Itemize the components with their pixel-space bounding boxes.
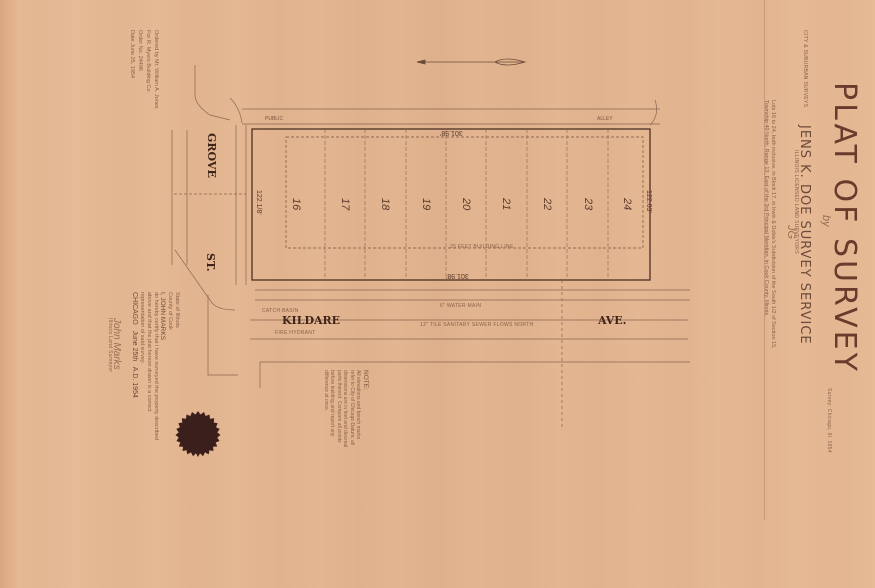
order-info: Ordered by Mr. William A. Jones For R. M… (128, 30, 160, 109)
cert-city: CHICAGO (131, 292, 138, 325)
building-line (286, 137, 643, 248)
alley-lines (230, 98, 660, 125)
cert-surveyor: I, JOHN MARKS (159, 292, 166, 442)
note-text: All elevations and bench marks refer to … (323, 370, 362, 450)
order-no-value: 24496 (137, 56, 143, 71)
alley-label-public: PUBLIC (265, 116, 283, 122)
lot-17: 17 (339, 198, 351, 210)
surveyor-certificate: State of Illinois County of Cook I, JOHN… (131, 292, 180, 442)
lot-19: 19 (420, 198, 432, 210)
for-value: R. Myers Building Co. (145, 40, 151, 93)
lot-20: 20 (460, 198, 472, 210)
top-right-note: CITY & SUBURBAN SURVEYS (802, 30, 808, 107)
lot-18: 18 (379, 198, 391, 210)
ordered-by-value: Mr. William A. Jones (153, 59, 159, 109)
note-heading: NOTE: (362, 370, 369, 450)
lot-21: 21 (500, 198, 512, 210)
company-name: JENS K. DOE SURVEY SERVICE (797, 125, 812, 345)
catch-basin-label: CATCH BASIN (262, 308, 299, 314)
date-label: Date (129, 30, 135, 42)
water-main-label: 6" WATER MAIN (440, 303, 481, 309)
by-label: by (820, 215, 832, 227)
border-line (764, 0, 765, 520)
lot-16: 16 (290, 198, 302, 210)
street-grove: GROVE (205, 133, 218, 178)
note-block: NOTE: All elevations and bench marks ref… (323, 370, 369, 450)
north-arrow-icon (417, 59, 525, 65)
bottom-right-note: Survey: Chicago, Ill. 1954 (826, 388, 832, 453)
cert-year: A.D. 1954 (131, 367, 138, 398)
ordered-by-label: Ordered by (153, 30, 159, 58)
grove-st-lines (172, 65, 246, 375)
order-no-label: Order No. (137, 30, 143, 54)
lot-23: 23 (582, 198, 594, 210)
cert-county: County of Cook (166, 292, 173, 442)
street-kildare: KILDARE (282, 314, 340, 327)
cert-text: do hereby certify that I have surveyed t… (138, 292, 159, 442)
building-line-label: 25 FEET BUILDING LINE (450, 244, 513, 250)
initials: JG (785, 225, 797, 239)
for-label: For (145, 30, 151, 38)
bottom-dimension: 301.98' (446, 272, 469, 279)
document-title: PLAT OF SURVEY (827, 82, 862, 374)
survey-plat-sheet: 16 17 18 19 20 21 22 23 24 301.98' 301.9… (0, 0, 875, 588)
sewer-label: 12" TILE SANITARY SEWER FLOWS NORTH (420, 322, 534, 328)
notary-seal-icon (174, 410, 222, 458)
lot-24: 24 (621, 198, 633, 210)
alley-label-alley: ALLEY (597, 116, 613, 122)
street-ave: AVE. (598, 314, 626, 327)
date-value: June 25, 1954 (129, 43, 135, 78)
street-st: ST. (204, 253, 217, 272)
right-dimension: 122.03' (645, 190, 652, 213)
surveyor-registration: Illinois Land Surveyor (107, 318, 113, 372)
left-dimension: 122.1/8' (255, 190, 262, 215)
lot-22: 22 (541, 198, 553, 210)
fire-hydrant-label: FIRE HYDRANT (275, 330, 316, 336)
cert-day: June 25th (131, 331, 138, 362)
top-dimension: 301.98' (440, 129, 463, 136)
